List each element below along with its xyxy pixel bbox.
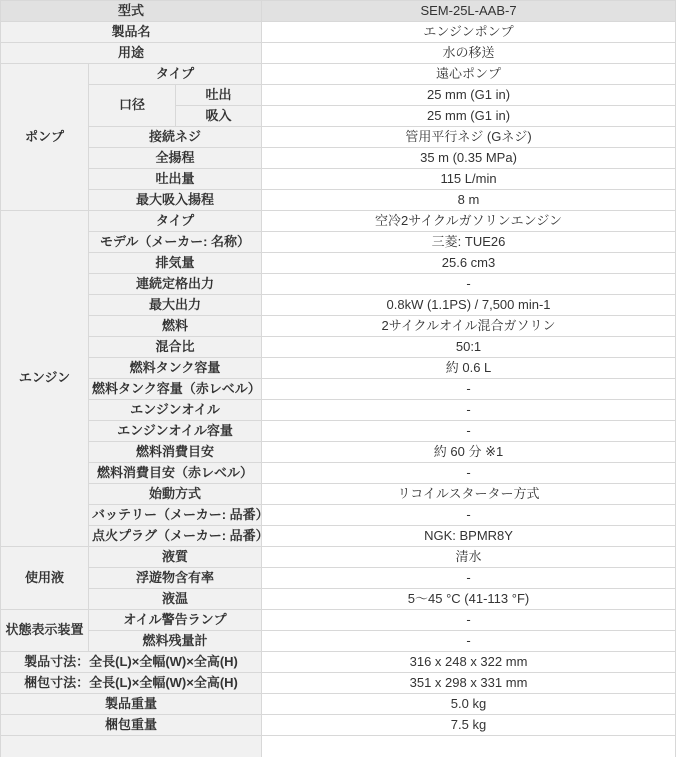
spec-label-cell: 吐出 xyxy=(176,85,262,106)
spec-label-cell: エンジンオイル容量 xyxy=(89,421,262,442)
spec-label-cell: 点火プラグ（メーカー: 品番） xyxy=(89,526,262,547)
spec-table-body: 型式SEM-25L-AAB-7製品名エンジンポンプ用途水の移送ポンプタイプ遠心ポ… xyxy=(1,1,676,757)
spec-label-cell: 燃料消費目安 xyxy=(89,442,262,463)
product-spec-table: 型式SEM-25L-AAB-7製品名エンジンポンプ用途水の移送ポンプタイプ遠心ポ… xyxy=(0,0,677,777)
spec-row: 始動方式リコイルスターター方式 xyxy=(1,484,676,505)
spec-value-cell: - xyxy=(262,610,676,631)
spec-row: 製品重量5.0 kg xyxy=(1,694,676,715)
spec-value-cell: - xyxy=(262,505,676,526)
spec-row: エンジンオイル- xyxy=(1,400,676,421)
spec-row xyxy=(1,736,676,757)
spec-value-cell: - xyxy=(262,379,676,400)
spec-label-cell: 排気量 xyxy=(89,253,262,274)
spec-value-cell: 50:1 xyxy=(262,337,676,358)
spec-row: 燃料消費目安約 60 分 ※1 xyxy=(1,442,676,463)
spec-row: 燃料タンク容量（赤レベル）- xyxy=(1,379,676,400)
spec-label-cell: モデル（メーカー: 名称） xyxy=(89,232,262,253)
spec-label-cell: 燃料タンク容量（赤レベル） xyxy=(89,379,262,400)
spec-label-cell: 製品寸法：全長(L)×全幅(W)×全高(H) xyxy=(1,652,262,673)
spec-value-cell: 0.8kW (1.1PS) / 7,500 min-1 xyxy=(262,295,676,316)
spec-value-cell: 351 x 298 x 331 mm xyxy=(262,673,676,694)
spec-row: 用途水の移送 xyxy=(1,43,676,64)
spec-value-cell: 25 mm (G1 in) xyxy=(262,85,676,106)
spec-group-cell: 使用液 xyxy=(1,547,89,610)
spec-value-cell: 8 m xyxy=(262,190,676,211)
spec-label-cell: タイプ xyxy=(89,211,262,232)
spec-label-cell: 混合比 xyxy=(89,337,262,358)
spec-value-cell: 25.6 cm3 xyxy=(262,253,676,274)
spec-row: 製品寸法：全長(L)×全幅(W)×全高(H)316 x 248 x 322 mm xyxy=(1,652,676,673)
spec-label-cell: 口径 xyxy=(89,85,176,127)
spec-row: ポンプタイプ遠心ポンプ xyxy=(1,64,676,85)
spec-value-cell xyxy=(262,736,676,757)
spec-table: 型式SEM-25L-AAB-7製品名エンジンポンプ用途水の移送ポンプタイプ遠心ポ… xyxy=(0,0,676,757)
spec-value-cell: 空冷2サイクルガソリンエンジン xyxy=(262,211,676,232)
spec-row: 燃料残量計- xyxy=(1,631,676,652)
spec-group-cell: ポンプ xyxy=(1,64,89,211)
spec-row: 使用液液質清水 xyxy=(1,547,676,568)
spec-row: 液温5～45 °C (41-113 °F) xyxy=(1,589,676,610)
spec-row: 連続定格出力- xyxy=(1,274,676,295)
spec-value-cell: 水の移送 xyxy=(262,43,676,64)
spec-row: 口径吐出25 mm (G1 in) xyxy=(1,85,676,106)
spec-row: モデル（メーカー: 名称）三菱: TUE26 xyxy=(1,232,676,253)
spec-label-cell: 接続ネジ xyxy=(89,127,262,148)
spec-value-cell: 5.0 kg xyxy=(262,694,676,715)
spec-label-cell: 梱包寸法：全長(L)×全幅(W)×全高(H) xyxy=(1,673,262,694)
spec-group-cell: 状態表示装置 xyxy=(1,610,89,652)
spec-value-cell: リコイルスターター方式 xyxy=(262,484,676,505)
spec-value-cell: 管用平行ネジ (Gネジ) xyxy=(262,127,676,148)
spec-label-cell: 用途 xyxy=(1,43,262,64)
spec-value-cell: SEM-25L-AAB-7 xyxy=(262,1,676,22)
spec-value-cell: NGK: BPMR8Y xyxy=(262,526,676,547)
spec-value-cell: - xyxy=(262,463,676,484)
spec-value-cell: - xyxy=(262,400,676,421)
spec-value-cell: 清水 xyxy=(262,547,676,568)
spec-row: 最大吸入揚程8 m xyxy=(1,190,676,211)
spec-value-cell: 三菱: TUE26 xyxy=(262,232,676,253)
spec-header-row: 型式SEM-25L-AAB-7 xyxy=(1,1,676,22)
spec-value-cell: - xyxy=(262,421,676,442)
spec-label-cell: 製品重量 xyxy=(1,694,262,715)
spec-label-cell: タイプ xyxy=(89,64,262,85)
spec-row: 製品名エンジンポンプ xyxy=(1,22,676,43)
spec-label-cell: バッテリー（メーカー: 品番） xyxy=(89,505,262,526)
spec-label-cell: 燃料残量計 xyxy=(89,631,262,652)
spec-row: バッテリー（メーカー: 品番）- xyxy=(1,505,676,526)
spec-row: 排気量25.6 cm3 xyxy=(1,253,676,274)
spec-label-cell: 最大吸入揚程 xyxy=(89,190,262,211)
spec-value-cell: 約 0.6 L xyxy=(262,358,676,379)
spec-row: 点火プラグ（メーカー: 品番）NGK: BPMR8Y xyxy=(1,526,676,547)
spec-value-cell: - xyxy=(262,274,676,295)
spec-row: 混合比50:1 xyxy=(1,337,676,358)
spec-label-cell: 型式 xyxy=(1,1,262,22)
spec-label-cell: オイル警告ランプ xyxy=(89,610,262,631)
spec-value-cell: 約 60 分 ※1 xyxy=(262,442,676,463)
spec-label-cell: 燃料タンク容量 xyxy=(89,358,262,379)
spec-label-cell: 液温 xyxy=(89,589,262,610)
spec-label-cell xyxy=(1,736,262,757)
spec-label-cell: 燃料 xyxy=(89,316,262,337)
spec-value-cell: 35 m (0.35 MPa) xyxy=(262,148,676,169)
spec-value-cell: 2サイクルオイル混合ガソリン xyxy=(262,316,676,337)
spec-row: 燃料タンク容量約 0.6 L xyxy=(1,358,676,379)
spec-label-cell: エンジンオイル xyxy=(89,400,262,421)
spec-row: エンジンオイル容量- xyxy=(1,421,676,442)
spec-value-cell: 5～45 °C (41-113 °F) xyxy=(262,589,676,610)
spec-label-cell: 梱包重量 xyxy=(1,715,262,736)
spec-label-cell: 浮遊物含有率 xyxy=(89,568,262,589)
spec-label-cell: 吸入 xyxy=(176,106,262,127)
spec-row: 浮遊物含有率- xyxy=(1,568,676,589)
spec-value-cell: エンジンポンプ xyxy=(262,22,676,43)
spec-group-cell: エンジン xyxy=(1,211,89,547)
spec-row: 全揚程35 m (0.35 MPa) xyxy=(1,148,676,169)
spec-value-cell: 115 L/min xyxy=(262,169,676,190)
spec-label-cell: 最大出力 xyxy=(89,295,262,316)
spec-value-cell: 遠心ポンプ xyxy=(262,64,676,85)
spec-row: 吐出量115 L/min xyxy=(1,169,676,190)
spec-value-cell: 7.5 kg xyxy=(262,715,676,736)
spec-row: 最大出力0.8kW (1.1PS) / 7,500 min-1 xyxy=(1,295,676,316)
spec-label-cell: 始動方式 xyxy=(89,484,262,505)
spec-value-cell: - xyxy=(262,568,676,589)
spec-value-cell: 316 x 248 x 322 mm xyxy=(262,652,676,673)
spec-row: 梱包寸法：全長(L)×全幅(W)×全高(H)351 x 298 x 331 mm xyxy=(1,673,676,694)
spec-row: 状態表示装置オイル警告ランプ- xyxy=(1,610,676,631)
spec-label-cell: 燃料消費目安（赤レベル） xyxy=(89,463,262,484)
spec-value-cell: 25 mm (G1 in) xyxy=(262,106,676,127)
spec-row: エンジンタイプ空冷2サイクルガソリンエンジン xyxy=(1,211,676,232)
spec-row: 梱包重量7.5 kg xyxy=(1,715,676,736)
spec-label-cell: 液質 xyxy=(89,547,262,568)
spec-label-cell: 製品名 xyxy=(1,22,262,43)
spec-label-cell: 連続定格出力 xyxy=(89,274,262,295)
spec-row: 接続ネジ管用平行ネジ (Gネジ) xyxy=(1,127,676,148)
spec-row: 燃料消費目安（赤レベル）- xyxy=(1,463,676,484)
spec-row: 燃料2サイクルオイル混合ガソリン xyxy=(1,316,676,337)
spec-label-cell: 吐出量 xyxy=(89,169,262,190)
spec-value-cell: - xyxy=(262,631,676,652)
spec-label-cell: 全揚程 xyxy=(89,148,262,169)
